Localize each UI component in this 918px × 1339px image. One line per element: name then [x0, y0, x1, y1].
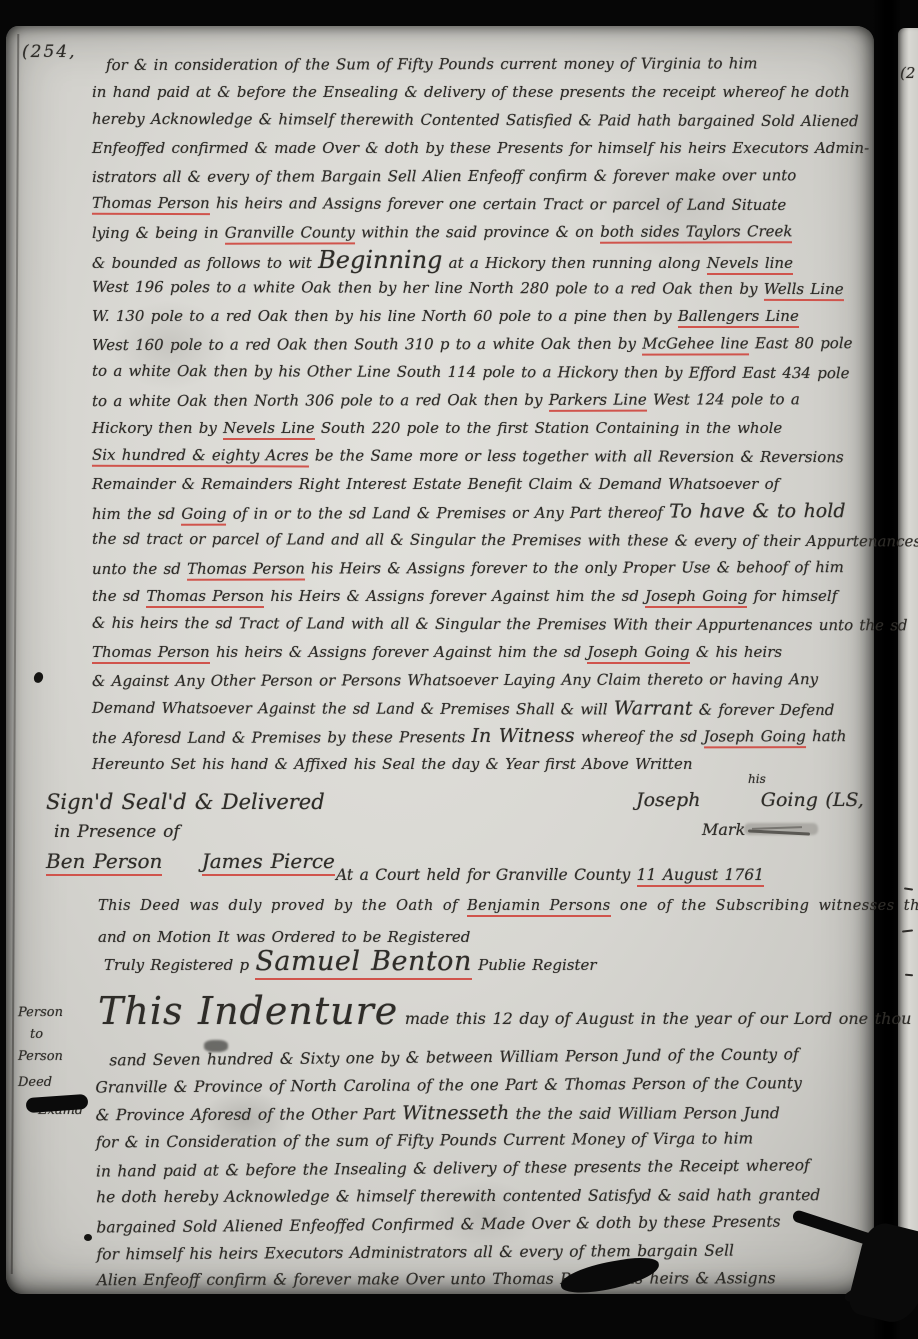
red-underlined-name: Joseph Going [645, 587, 747, 608]
text-segment: the sd tract or parcel of Land and all &… [92, 530, 918, 551]
manuscript-line: & bounded as follows to wit Beginning at… [92, 246, 884, 274]
red-underlined-name: Parkers Line [549, 391, 647, 412]
text-segment: his heirs & Assigns forever Against him … [210, 643, 588, 661]
text-segment: & his heirs the sd Tract of Land with al… [92, 614, 908, 635]
red-underlined-name: Wells Line [764, 280, 844, 301]
text-segment [162, 849, 201, 873]
red-underlined-name: Thomas Person [92, 194, 210, 215]
text-segment: the sd [92, 587, 146, 605]
text-segment: for himself [747, 587, 837, 605]
manuscript-line: the sd Thomas Person his Heirs & Assigns… [92, 582, 884, 610]
text-segment: lying & being in [92, 224, 225, 242]
red-underlined-name: Nevels Line [223, 419, 314, 440]
text-segment: Alien Enfeoff confirm & forever make Ove… [97, 1270, 776, 1290]
text-segment: This Indenture [98, 989, 398, 1033]
manuscript-line: unto the sd Thomas Person his Heirs & As… [92, 553, 884, 583]
text-segment: for & in consideration of the Sum of Fif… [106, 54, 758, 74]
text-segment: West 160 pole to a red Oak then South 31… [92, 335, 642, 354]
court-held-line: At a Court held for Granville County 11 … [336, 866, 764, 884]
text-segment: Going (LS, [761, 789, 864, 811]
text-segment: Joseph [636, 789, 700, 811]
ink-speck [84, 1234, 92, 1241]
text-segment: the Aforesd Land & Premises by these Pre… [92, 728, 472, 747]
manuscript-line: Demand Whatsoever Against the sd Land & … [92, 693, 884, 723]
manuscript-line: the Aforesd Land & Premises by these Pre… [92, 721, 884, 751]
manuscript-line: Deed [18, 1068, 98, 1094]
text-segment: Demand Whatsoever Against the sd Land & … [92, 699, 614, 719]
deed-book-scan: (254, (2 for & in consideration of the S… [0, 0, 918, 1339]
manuscript-line: for & in consideration of the Sum of Fif… [92, 49, 884, 79]
text-segment: To have & to hold [669, 500, 845, 522]
manuscript-line: he doth hereby Acknowledge & himself the… [96, 1182, 900, 1212]
text-segment: & Against Any Other Person or Persons Wh… [92, 670, 818, 690]
manuscript-line: Remainder & Remainders Right Interest Es… [92, 470, 884, 498]
text-segment: one of the Subscribing witnesses thereto [611, 898, 918, 914]
page-number: (254, [22, 42, 76, 62]
text-segment: in hand paid at & before the Insealing &… [96, 1156, 810, 1180]
text-segment: Granville & Province of North Carolina o… [95, 1074, 801, 1096]
manuscript-line: & Against Any Other Person or Persons Wh… [92, 665, 884, 695]
text-segment: & forever Defend [692, 701, 834, 719]
manuscript-line: Person [18, 1046, 98, 1068]
text-segment: in hand paid at & before the Ensealing &… [92, 83, 850, 101]
text-segment: This Deed was duly proved by the Oath of [98, 898, 467, 914]
manuscript-line: in hand paid at & before the Ensealing &… [92, 78, 884, 106]
text-segment: In Witness [471, 725, 574, 747]
register-line: Truly Registered p Samuel Benton Publie … [104, 946, 597, 977]
text-segment: at a Hickory then running along [442, 254, 706, 272]
manuscript-line: Six hundred & eighty Acres be the Same m… [92, 441, 884, 471]
manuscript-line: Thomas Person his heirs & Assigns foreve… [92, 638, 884, 666]
text-segment: Remainder & Remainders Right Interest Es… [92, 475, 779, 493]
manuscript-line: lying & being in Granville County within… [92, 217, 884, 247]
text-segment: West 196 poles to a white Oak then by he… [92, 278, 764, 298]
signature-mark-label: Mark [702, 820, 745, 839]
text-segment: to a white Oak then by his Other Line So… [92, 362, 850, 382]
text-segment: sand Seven hundred & Sixty one by & betw… [109, 1045, 798, 1069]
text-segment: Beginning [318, 246, 442, 274]
manuscript-line: Hickory then by Nevels Line South 220 po… [92, 414, 884, 442]
text-segment: South 220 pole to the first Station Cont… [315, 419, 783, 437]
manuscript-line: & his heirs the sd Tract of Land with al… [92, 609, 884, 639]
text-segment: him the sd [92, 505, 181, 523]
text-segment: Hickory then by [92, 419, 223, 437]
manuscript-line: him the sd Going of in or to the sd Land… [92, 497, 884, 527]
text-segment: the the said William Person Jund [509, 1104, 780, 1123]
manuscript-line: to a white Oak then North 306 pole to a … [92, 385, 884, 415]
manuscript-line: the sd tract or parcel of Land and all &… [92, 525, 884, 555]
text-segment: Hereunto Set his hand & Affixed his Seal… [92, 755, 693, 773]
text-segment: to a white Oak then North 306 pole to a … [92, 391, 549, 410]
red-underlined-name: Thomas Person [146, 587, 264, 608]
next-page-edge [898, 28, 918, 1268]
text-segment: Person [18, 1005, 63, 1020]
red-underlined-name: Thomas Person [187, 559, 305, 580]
red-underlined-name: McGehee line [642, 334, 748, 355]
manuscript-line: & Province Aforesd of the Other Part Wit… [96, 1098, 900, 1128]
red-underlined-name: Joseph Going [704, 727, 806, 748]
text-segment: hereby Acknowledge & himself therewith C… [92, 110, 859, 130]
manuscript-line: West 160 pole to a red Oak then South 31… [92, 329, 884, 359]
text-segment: hath [806, 727, 847, 745]
text-segment: istrators all & every of them Bargain Se… [92, 166, 796, 186]
text-segment: his Heirs & Assigns forever Against him … [264, 587, 645, 605]
text-segment: he doth hereby Acknowledge & himself the… [96, 1186, 820, 1206]
text-segment [700, 789, 760, 811]
red-underlined-name: 11 August 1761 [637, 866, 764, 887]
red-underlined-name: Joseph Going [587, 643, 689, 664]
text-segment: & his heirs [690, 643, 783, 661]
text-segment: & bounded as follows to wit [92, 254, 318, 272]
manuscript-line: Enfeoffed confirmed & made Over & doth b… [92, 134, 884, 162]
indenture-opening-line: This Indenture made this 12 day of Augus… [98, 986, 898, 1036]
red-underlined-name: Thomas Person [92, 643, 210, 664]
text-segment: & Province Aforesd of the Other Part [96, 1105, 403, 1124]
text-segment: Witnesseth [402, 1102, 509, 1124]
attestation-presence-line: in Presence of [54, 822, 180, 842]
text-segment: bargained Sold Aliened Enfeoffed Confirm… [96, 1212, 780, 1236]
attestation-signed-line: Sign'd Seal'd & Delivered [46, 790, 325, 814]
red-underlined-name: Six hundred & eighty Acres [92, 446, 309, 468]
manuscript-line: Alien Enfeoff confirm & forever make Ove… [97, 1265, 901, 1295]
red-underlined-name: Nevels line [707, 254, 793, 275]
text-segment: W. 130 pole to a red Oak then by his lin… [92, 307, 678, 325]
red-underlined-name: Benjamin Persons [467, 898, 611, 917]
text-segment: his heirs and Assigns forever one certai… [210, 194, 787, 214]
red-underlined-name: both sides Taylors Creek [600, 222, 792, 244]
manuscript-line: to a white Oak then by his Other Line So… [92, 357, 884, 387]
red-underlined-name: Samuel Benton [255, 946, 472, 980]
text-segment: to [30, 1027, 43, 1042]
indenture-body-text: sand Seven hundred & Sixty one by & betw… [95, 1042, 901, 1297]
manuscript-line: istrators all & every of them Bargain Se… [92, 161, 884, 191]
text-segment: of in or to the sd Land & Premises or An… [226, 504, 669, 523]
grantor-signature: Joseph Going (LS, [636, 789, 864, 811]
red-underlined-name: Ben Person [46, 849, 162, 876]
manuscript-line: to [18, 1024, 98, 1046]
signature-his-label: his [748, 772, 766, 786]
text-segment: Publie Register [472, 956, 597, 974]
text-segment: for & in Consideration of the sum of Fif… [96, 1130, 754, 1152]
text-segment: Enfeoffed confirmed & made Over & doth b… [92, 139, 869, 157]
manuscript-line: Thomas Person his heirs and Assigns fore… [92, 189, 884, 219]
text-segment: be the Same more or less together with a… [309, 446, 844, 466]
motion-line: and on Motion It was Ordered to be Regis… [98, 928, 470, 946]
red-underlined-name: Granville County [225, 223, 355, 244]
red-underlined-name: James Pierce [202, 849, 335, 876]
text-segment: unto the sd [92, 560, 187, 578]
witness-names: Ben Person James Pierce [46, 849, 335, 873]
next-page-number-partial: (2 [900, 64, 915, 82]
deed-proved-line: This Deed was duly proved by the Oath of… [98, 898, 918, 914]
text-segment: Warrant [614, 697, 693, 719]
text-segment: whereof the sd [575, 727, 704, 745]
manuscript-line: West 196 poles to a white Oak then by he… [92, 273, 884, 303]
text-segment: West 124 pole to a [647, 390, 800, 408]
text-segment: At a Court held for Granville County [336, 866, 637, 884]
text-segment: Person [18, 1049, 63, 1064]
deed-body-text: for & in consideration of the Sum of Fif… [92, 50, 884, 778]
manuscript-line: W. 130 pole to a red Oak then by his lin… [92, 302, 884, 330]
manuscript-line: hereby Acknowledge & himself therewith C… [92, 105, 884, 135]
text-segment: Deed [18, 1075, 52, 1090]
red-underlined-name: Going [181, 505, 226, 526]
text-segment: Truly Registered p [104, 956, 255, 974]
text-segment: his Heirs & Assigns forever to the only … [305, 558, 844, 577]
text-segment: within the said province & on [355, 223, 600, 242]
red-underlined-name: Ballengers Line [678, 307, 799, 328]
text-segment: made this 12 day of August in the year o… [398, 1009, 911, 1028]
text-segment: East 80 pole [749, 334, 853, 352]
manuscript-line: Person [18, 1002, 98, 1024]
